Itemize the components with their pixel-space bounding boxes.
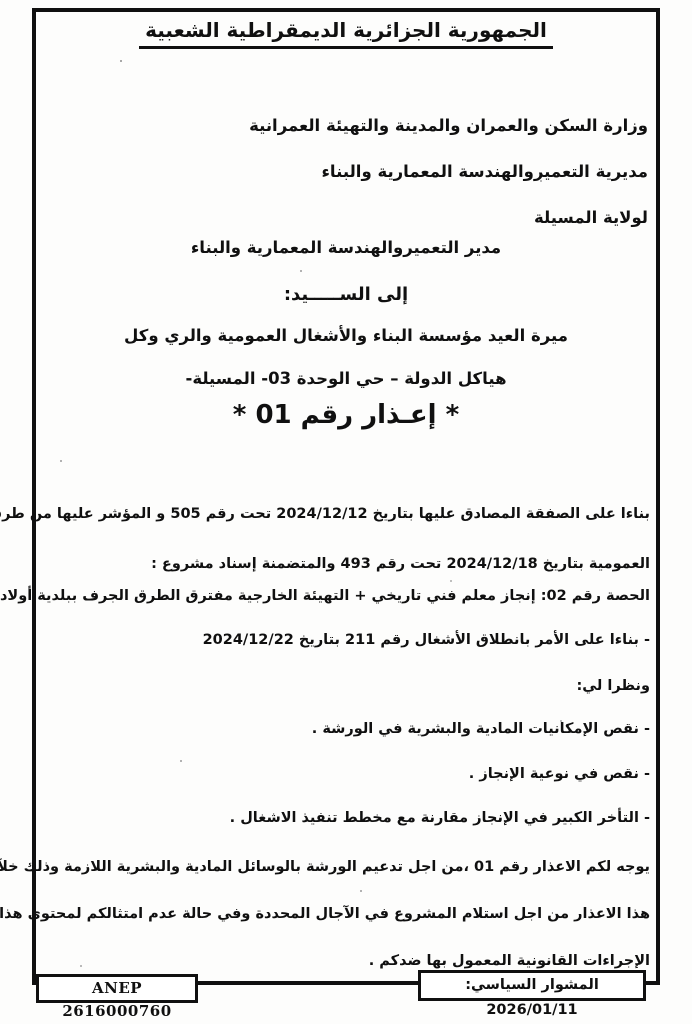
- contract-basis-line: بناءا على الصفقة المصادق عليها بتاريخ 20…: [34, 489, 650, 539]
- publication-date-box: المشوار السياسي: 2026/01/11: [418, 970, 646, 1001]
- contract-basis-line: العمومية بتاريخ 2024/12/18 تحت رقم 493 و…: [34, 539, 650, 589]
- lot-description: الحصة رقم 02: إنجاز معلم فني تاريخي + ال…: [34, 588, 650, 604]
- sender-header-block: وزارة السكن والعمران والمدينة والتهيئة ا…: [249, 103, 648, 241]
- ministry-line: وزارة السكن والعمران والمدينة والتهيئة ا…: [249, 103, 648, 149]
- state-title-text: الجمهورية الجزائرية الديمقراطية الشعبية: [139, 18, 553, 49]
- reason-item: - نقص في نوعية الإنجاز .: [34, 766, 650, 782]
- reason-item: - نقص الإمكانيات المادية والبشرية في الو…: [34, 721, 650, 737]
- recipient-name: ميرة العيد مؤسسة البناء والأشغال العمومي…: [0, 326, 692, 345]
- sender-title: مدير التعميروالهندسة المعمارية والبناء: [0, 238, 692, 257]
- notice-number-title: * إعـذار رقم 01 *: [0, 400, 692, 430]
- notice-body-line: يوجه لكم الاعذار رقم 01 ،من اجل تدعيم ال…: [34, 844, 650, 891]
- recipient-address: هياكل الدولة – حي الوحدة 03- المسيلة-: [0, 369, 692, 388]
- notice-body-line: هذا الاعذار من اجل استلام المشروع في الآ…: [34, 891, 650, 938]
- directorate-line: مديرية التعميروالهندسة المعمارية والبناء: [249, 149, 648, 195]
- considering-label: ونظرا لي:: [34, 678, 650, 694]
- scan-noise: [120, 60, 122, 62]
- notice-document: الجمهورية الجزائرية الديمقراطية الشعبية …: [0, 0, 692, 1024]
- state-title: الجمهورية الجزائرية الديمقراطية الشعبية: [0, 18, 692, 49]
- reason-item: - التأخر الكبير في الإنجاز مقارنة مع مخط…: [34, 810, 650, 826]
- contract-basis-paragraph: بناءا على الصفقة المصادق عليها بتاريخ 20…: [34, 489, 650, 589]
- anep-reference-box: ANEP 2616000760: [36, 974, 198, 1003]
- addressee-label: إلى الســـــيد:: [0, 284, 692, 305]
- work-order-line: - بناءا على الأمر بانطلاق الأشغال رقم 21…: [34, 632, 650, 648]
- wilaya-line: لولاية المسيلة: [249, 195, 648, 241]
- notice-body-paragraph: يوجه لكم الاعذار رقم 01 ،من اجل تدعيم ال…: [34, 844, 650, 985]
